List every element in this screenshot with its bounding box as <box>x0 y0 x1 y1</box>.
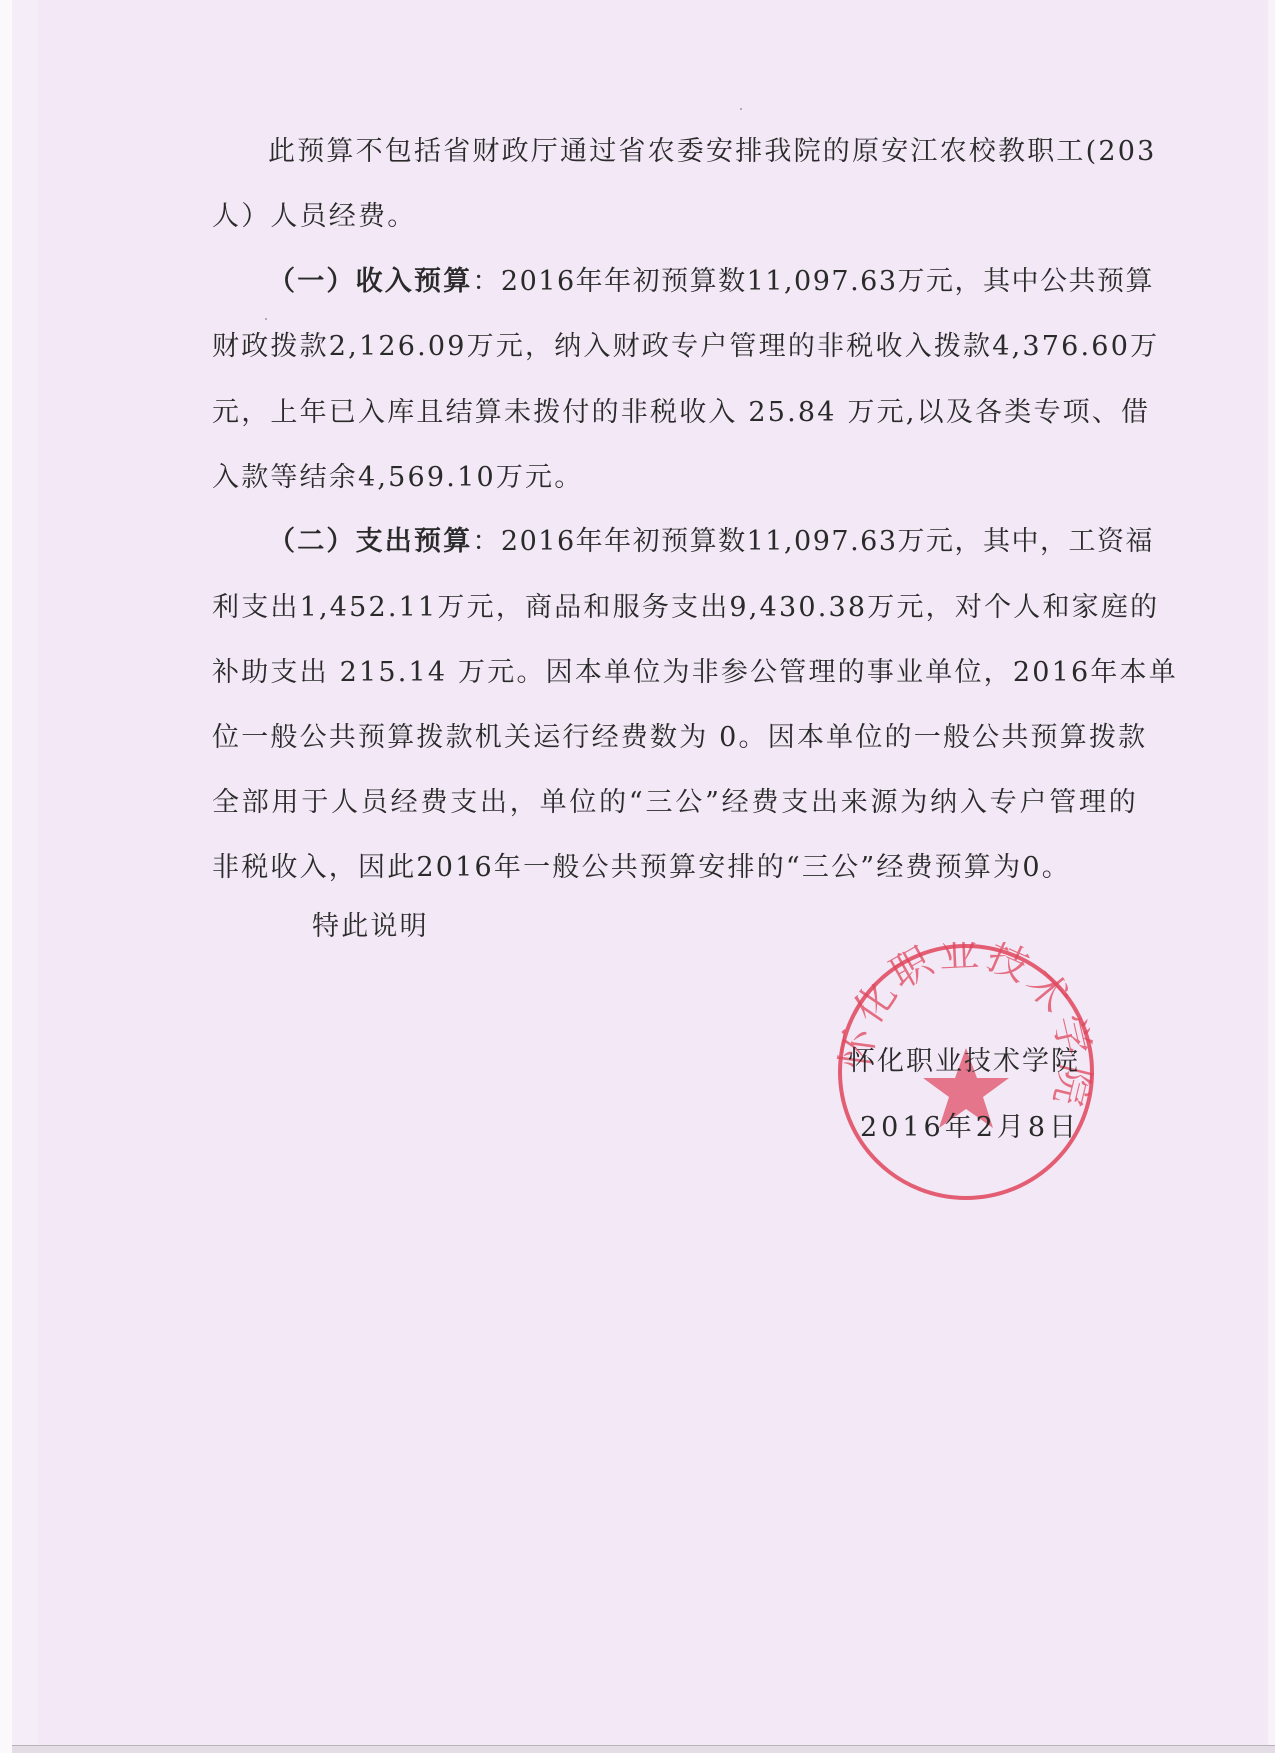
expenditure-budget-line-2: 利支出1,452.11万元，商品和服务支出9,430.38万元，对个人和家庭的 <box>212 588 1138 628</box>
expenditure-budget-heading: （二）支出预算 <box>268 522 472 562</box>
expenditure-budget-line-3: 补助支出 215.14 万元。因本单位为非参公管理的事业单位，2016年本单 <box>212 653 1138 693</box>
scan-speck <box>740 108 742 110</box>
income-budget-line-2: 财政拨款2,126.09万元，纳入财政专户管理的非税收入拨款4,376.60万 <box>212 327 1138 367</box>
expenditure-budget-line-5: 全部用于人员经费支出，单位的“三公”经费支出来源为纳入专户管理的 <box>212 783 1138 823</box>
income-budget-heading: （一）收入预算 <box>268 262 472 302</box>
income-budget-line-1: ：2016年年初预算数11,097.63万元，其中公共预算 <box>472 262 1154 302</box>
paragraph-1-line-2: 人）人员经费。 <box>212 197 1138 237</box>
expenditure-budget-line-1: ：2016年年初预算数11,097.63万元，其中，工资福 <box>472 522 1154 562</box>
income-budget-line-4: 入款等结余4,569.10万元。 <box>212 458 1138 498</box>
expenditure-budget-line-6: 非税收入，因此2016年一般公共预算安排的“三公”经费预算为0。 <box>212 848 1138 888</box>
document-page: 此预算不包括省财政厅通过省农委安排我院的原安江农校教职工(203 人）人员经费。… <box>0 0 1275 1753</box>
paragraph-1-line-1: 此预算不包括省财政厅通过省农委安排我院的原安江农校教职工(203 <box>268 132 1138 172</box>
signature-date: 2016年2月8日 <box>860 1108 1080 1148</box>
scan-speck <box>265 318 267 320</box>
income-budget-line-3: 元，上年已入库且结算未拨付的非税收入 25.84 万元,以及各类专项、借 <box>212 393 1138 433</box>
closing-remark: 特此说明 <box>312 907 612 947</box>
expenditure-budget-line-4: 位一般公共预算拨款机关运行经费数为 0。因本单位的一般公共预算拨款 <box>212 718 1138 758</box>
signature-organization: 怀化职业技术学院 <box>848 1042 1080 1082</box>
income-budget-first-line: （一）收入预算 ：2016年年初预算数11,097.63万元，其中公共预算 <box>268 262 1138 302</box>
expenditure-budget-first-line: （二）支出预算 ：2016年年初预算数11,097.63万元，其中，工资福 <box>268 522 1138 562</box>
